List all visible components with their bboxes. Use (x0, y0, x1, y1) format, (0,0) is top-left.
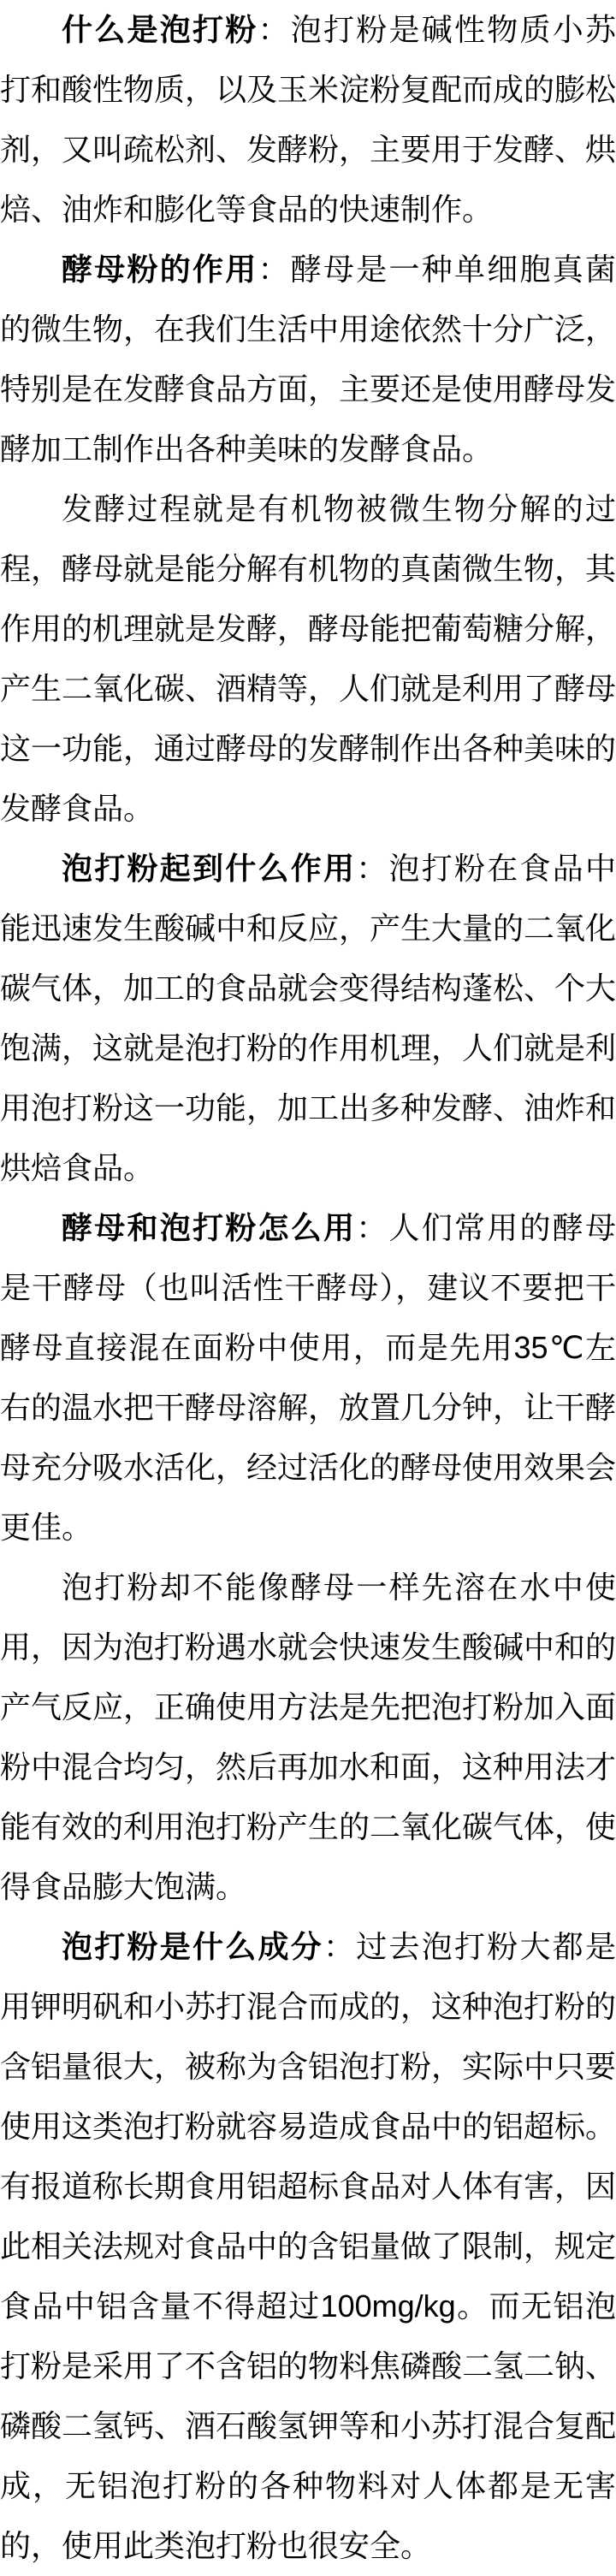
paragraph-yeast-powder-function: 酵母粉的作用：酵母是一种单细胞真菌的微生物，在我们生活中用途依然十分广泛，特别是… (0, 240, 616, 479)
paragraph-text: 发酵过程就是有机物被微生物分解的过程，酵母就是能分解有机物的真菌微生物，其作用的… (0, 491, 616, 826)
paragraph-baking-powder-usage-method: 泡打粉却不能像酵母一样先溶在水中使用，因为泡打粉遇水就会快速发生酸碱中和的产气反… (0, 1558, 616, 1917)
paragraph-heading: 酵母和泡打粉怎么用 (62, 1210, 356, 1245)
paragraph-heading: 泡打粉是什么成分 (62, 1929, 323, 1964)
paragraph-heading: 酵母粉的作用 (62, 252, 258, 287)
paragraph-text: ：人们常用的酵母是干酵母（也叫活性干酵母），建议不要把干酵母直接混在面粉中使用，… (0, 1210, 616, 1545)
paragraph-text: ：过去泡打粉大都是用钾明矾和小苏打混合而成的，这种泡打粉的含铝量很大，被称为含铝… (0, 1929, 616, 2563)
paragraph-baking-powder-ingredients: 泡打粉是什么成分：过去泡打粉大都是用钾明矾和小苏打混合而成的，这种泡打粉的含铝量… (0, 1917, 616, 2576)
paragraph-what-is-baking-powder: 什么是泡打粉：泡打粉是碱性物质小苏打和酸性物质，以及玉米淀粉复配而成的膨松剂，又… (0, 0, 616, 240)
paragraph-heading: 什么是泡打粉 (62, 12, 258, 47)
paragraph-heading: 泡打粉起到什么作用 (62, 851, 356, 886)
article-body: 什么是泡打粉：泡打粉是碱性物质小苏打和酸性物质，以及玉米淀粉复配而成的膨松剂，又… (0, 0, 616, 2576)
paragraph-fermentation-process: 发酵过程就是有机物被微生物分解的过程，酵母就是能分解有机物的真菌微生物，其作用的… (0, 479, 616, 839)
article-page: 什么是泡打粉：泡打粉是碱性物质小苏打和酸性物质，以及玉米淀粉复配而成的膨松剂，又… (0, 0, 616, 2576)
paragraph-text: 泡打粉却不能像酵母一样先溶在水中使用，因为泡打粉遇水就会快速发生酸碱中和的产气反… (0, 1570, 616, 1904)
paragraph-baking-powder-effect: 泡打粉起到什么作用：泡打粉在食品中能迅速发生酸碱中和反应，产生大量的二氧化碳气体… (0, 839, 616, 1198)
paragraph-text: ：泡打粉在食品中能迅速发生酸碱中和反应，产生大量的二氧化碳气体，加工的食品就会变… (0, 851, 616, 1185)
paragraph-how-to-use-yeast-and-baking-powder: 酵母和泡打粉怎么用：人们常用的酵母是干酵母（也叫活性干酵母），建议不要把干酵母直… (0, 1198, 616, 1558)
